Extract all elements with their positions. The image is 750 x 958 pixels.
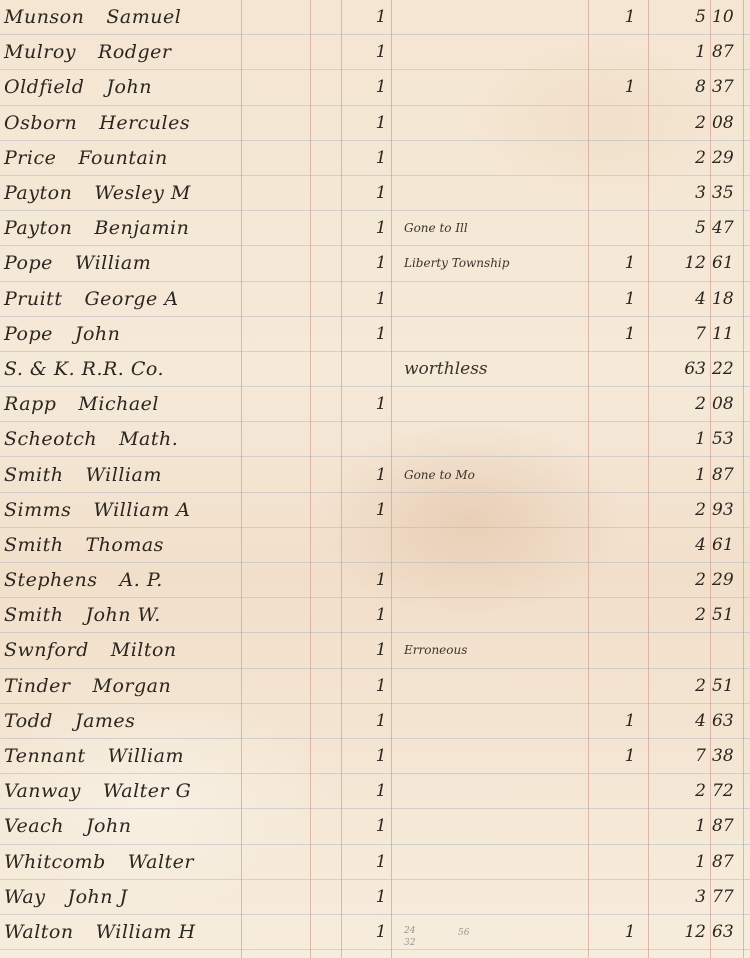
amount-dollars: 2 [650, 669, 706, 703]
second-check-mark [620, 352, 640, 386]
second-check-mark: 1 [620, 282, 640, 316]
surname: Smith [4, 464, 63, 486]
second-check-mark [620, 211, 640, 245]
amount-cents: 18 [712, 282, 742, 316]
ledger-row: Pruitt George A 1 1 4 18 [0, 282, 750, 317]
surname: Pope [4, 252, 53, 274]
check-mark: 1 [372, 106, 390, 140]
check-mark: 1 [372, 845, 390, 879]
given-name: Benjamin [94, 217, 189, 239]
amount-dollars: 1 [650, 457, 706, 491]
taxpayer-name: Tennant William [4, 739, 240, 773]
given-name: George A [84, 288, 178, 310]
amount-cents: 10 [712, 0, 742, 34]
given-name: Rodger [98, 41, 171, 63]
ledger-row: Scheotch Math. 1 53 [0, 422, 750, 457]
check-mark [372, 352, 390, 386]
surname: Tinder [4, 675, 70, 697]
ledger-row: Pope William 1 Liberty Township 1 12 61 [0, 246, 750, 281]
second-check-mark [620, 669, 640, 703]
ledger-row: Simms William A 1 2 93 [0, 493, 750, 528]
second-check-mark [620, 528, 640, 562]
pencil-note: 24 [404, 926, 415, 936]
given-name: Morgan [92, 675, 171, 697]
surname: Veach [4, 815, 64, 837]
surname: Payton [4, 217, 72, 239]
second-check-mark: 1 [620, 317, 640, 351]
amount-cents: 29 [712, 141, 742, 175]
second-check-mark [620, 774, 640, 808]
ledger-row: Vanway Walter G 1 2 72 [0, 774, 750, 809]
taxpayer-name: Smith William [4, 457, 240, 491]
amount-cents: 63 [712, 915, 742, 949]
amount-cents [712, 633, 742, 667]
surname: Stephens [4, 569, 98, 591]
check-mark: 1 [372, 141, 390, 175]
amount-dollars: 12 [650, 246, 706, 280]
check-mark: 1 [372, 915, 390, 949]
check-mark: 1 [372, 457, 390, 491]
ledger-row: Payton Wesley M 1 3 35 [0, 176, 750, 211]
given-name: John [75, 323, 121, 345]
amount-cents: 87 [712, 457, 742, 491]
remark [404, 845, 588, 879]
surname: Simms [4, 499, 71, 521]
second-check-mark [620, 387, 640, 421]
taxpayer-name: Munson Samuel [4, 0, 240, 34]
surname: Smith [4, 534, 63, 556]
surname: Todd [4, 710, 53, 732]
amount-dollars: 7 [650, 739, 706, 773]
amount-cents: 93 [712, 493, 742, 527]
second-check-mark [620, 457, 640, 491]
check-mark [372, 422, 390, 456]
remark: Gone to Ill [404, 211, 588, 245]
taxpayer-name: Pope William [4, 246, 240, 280]
surname: Mulroy [4, 41, 76, 63]
given-name: William [75, 252, 151, 274]
remark [404, 0, 588, 34]
remark [404, 528, 588, 562]
remark [404, 493, 588, 527]
given-name: A. P. [120, 569, 163, 591]
amount-cents: 87 [712, 845, 742, 879]
amount-dollars: 1 [650, 809, 706, 843]
surname: Oldfield [4, 76, 84, 98]
amount-cents: 61 [712, 246, 742, 280]
given-name: William [85, 464, 161, 486]
ledger-row: Stephens A. P. 1 2 29 [0, 563, 750, 598]
amount-dollars: 2 [650, 141, 706, 175]
second-check-mark [620, 845, 640, 879]
amount-cents: 35 [712, 176, 742, 210]
amount-cents: 53 [712, 422, 742, 456]
ledger-row: Smith William 1 Gone to Mo 1 87 [0, 457, 750, 492]
given-name: Thomas [85, 534, 163, 556]
taxpayer-name: Osborn Hercules [4, 106, 240, 140]
check-mark: 1 [372, 633, 390, 667]
surname: Payton [4, 182, 72, 204]
taxpayer-name: Todd James [4, 704, 240, 738]
given-name: John W. [85, 604, 160, 626]
remark: Liberty Township [404, 246, 588, 280]
check-mark [372, 528, 390, 562]
taxpayer-name: Price Fountain [4, 141, 240, 175]
remark [404, 774, 588, 808]
pencil-note: 32 [404, 938, 415, 948]
remark: Erroneous [404, 633, 588, 667]
amount-cents: 63 [712, 704, 742, 738]
amount-cents: 08 [712, 387, 742, 421]
ledger-row: Smith John W. 1 2 51 [0, 598, 750, 633]
ledger-row: Mulroy Rodger 1 1 87 [0, 35, 750, 70]
amount-cents: 08 [712, 106, 742, 140]
amount-cents: 51 [712, 669, 742, 703]
surname: Swnford [4, 639, 89, 661]
check-mark: 1 [372, 70, 390, 104]
check-mark: 1 [372, 774, 390, 808]
surname: Price [4, 147, 56, 169]
ledger-rows: Munson Samuel 1 1 5 10 Mulroy Rodger 1 1… [0, 0, 750, 950]
remark [404, 35, 588, 69]
ledger-row: Osborn Hercules 1 2 08 [0, 106, 750, 141]
taxpayer-name: S. & K. R.R. Co. [4, 352, 240, 386]
surname: Walton [4, 921, 74, 943]
ledger-row: Price Fountain 1 2 29 [0, 141, 750, 176]
check-mark: 1 [372, 0, 390, 34]
remark [404, 422, 588, 456]
amount-dollars: 2 [650, 563, 706, 597]
surname: Rapp [4, 393, 56, 415]
amount-cents: 87 [712, 809, 742, 843]
ledger-row: Walton William H 1 1 12 63 [0, 915, 750, 950]
amount-dollars [650, 633, 706, 667]
amount-dollars: 4 [650, 282, 706, 316]
surname: Pope [4, 323, 53, 345]
ledger-row: Tinder Morgan 1 2 51 [0, 669, 750, 704]
amount-dollars: 63 [650, 352, 706, 386]
surname: Scheotch [4, 428, 97, 450]
second-check-mark [620, 35, 640, 69]
pencil-note: 56 [458, 928, 469, 938]
taxpayer-name: Whitcomb Walter [4, 845, 240, 879]
ledger-row: Oldfield John 1 1 8 37 [0, 70, 750, 105]
second-check-mark: 1 [620, 70, 640, 104]
taxpayer-name: Pruitt George A [4, 282, 240, 316]
remark [404, 563, 588, 597]
taxpayer-name: Smith Thomas [4, 528, 240, 562]
ledger-row: Munson Samuel 1 1 5 10 [0, 0, 750, 35]
amount-cents: 47 [712, 211, 742, 245]
remark [404, 282, 588, 316]
amount-dollars: 2 [650, 387, 706, 421]
check-mark: 1 [372, 598, 390, 632]
taxpayer-name: Swnford Milton [4, 633, 240, 667]
check-mark: 1 [372, 563, 390, 597]
check-mark: 1 [372, 35, 390, 69]
given-name: Hercules [99, 112, 190, 134]
taxpayer-name: Pope John [4, 317, 240, 351]
given-name: Milton [111, 639, 177, 661]
remark [404, 317, 588, 351]
amount-cents: 22 [712, 352, 742, 386]
check-mark: 1 [372, 282, 390, 316]
check-mark: 1 [372, 317, 390, 351]
taxpayer-name: Stephens A. P. [4, 563, 240, 597]
second-check-mark [620, 880, 640, 914]
amount-dollars: 1 [650, 422, 706, 456]
surname: Whitcomb [4, 851, 106, 873]
remark [404, 880, 588, 914]
second-check-mark [620, 563, 640, 597]
taxpayer-name: Simms William A [4, 493, 240, 527]
given-name: Samuel [106, 6, 181, 28]
taxpayer-name: Rapp Michael [4, 387, 240, 421]
given-name: Walter [128, 851, 194, 873]
second-check-mark: 1 [620, 0, 640, 34]
remark [404, 176, 588, 210]
second-check-mark [620, 176, 640, 210]
second-check-mark: 1 [620, 915, 640, 949]
amount-cents: 77 [712, 880, 742, 914]
given-name: William H [96, 921, 196, 943]
taxpayer-name: Scheotch Math. [4, 422, 240, 456]
check-mark: 1 [372, 176, 390, 210]
remark [404, 809, 588, 843]
surname: Pruitt [4, 288, 62, 310]
given-name: William [108, 745, 184, 767]
check-mark: 1 [372, 211, 390, 245]
given-name: John J [67, 886, 127, 908]
remark [404, 669, 588, 703]
amount-cents: 51 [712, 598, 742, 632]
given-name: John [86, 815, 132, 837]
surname: Smith [4, 604, 63, 626]
ledger-row: Smith Thomas 4 61 [0, 528, 750, 563]
taxpayer-name: Payton Wesley M [4, 176, 240, 210]
taxpayer-name: Payton Benjamin [4, 211, 240, 245]
second-check-mark [620, 598, 640, 632]
taxpayer-name: Walton William H [4, 915, 240, 949]
check-mark: 1 [372, 246, 390, 280]
ledger-row: Payton Benjamin 1 Gone to Ill 5 47 [0, 211, 750, 246]
check-mark: 1 [372, 880, 390, 914]
check-mark: 1 [372, 704, 390, 738]
amount-dollars: 4 [650, 528, 706, 562]
taxpayer-name: Veach John [4, 809, 240, 843]
taxpayer-name: Vanway Walter G [4, 774, 240, 808]
given-name: Walter G [103, 780, 191, 802]
second-check-mark [620, 809, 640, 843]
second-check-mark [620, 106, 640, 140]
taxpayer-name: Mulroy Rodger [4, 35, 240, 69]
second-check-mark: 1 [620, 739, 640, 773]
remark [404, 106, 588, 140]
remark [404, 141, 588, 175]
given-name: Michael [78, 393, 159, 415]
amount-dollars: 4 [650, 704, 706, 738]
ledger-row: Pope John 1 1 7 11 [0, 317, 750, 352]
given-name: John [106, 76, 152, 98]
remark [404, 70, 588, 104]
surname: Osborn [4, 112, 77, 134]
given-name: Math. [119, 428, 178, 450]
check-mark: 1 [372, 493, 390, 527]
ledger-row: Rapp Michael 1 2 08 [0, 387, 750, 422]
amount-cents: 61 [712, 528, 742, 562]
taxpayer-name: Smith John W. [4, 598, 240, 632]
remark: worthless [404, 352, 588, 386]
amount-dollars: 2 [650, 493, 706, 527]
amount-cents: 29 [712, 563, 742, 597]
amount-cents: 72 [712, 774, 742, 808]
given-name: James [75, 710, 135, 732]
ledger-row: Tennant William 1 1 7 38 [0, 739, 750, 774]
second-check-mark [620, 422, 640, 456]
taxpayer-name: Tinder Morgan [4, 669, 240, 703]
remark [404, 598, 588, 632]
amount-dollars: 5 [650, 0, 706, 34]
surname: Vanway [4, 780, 81, 802]
taxpayer-name: Way John J [4, 880, 240, 914]
ledger-row: Veach John 1 1 87 [0, 809, 750, 844]
given-name: William A [93, 499, 190, 521]
amount-dollars: 8 [650, 70, 706, 104]
amount-dollars: 12 [650, 915, 706, 949]
ledger-row: Whitcomb Walter 1 1 87 [0, 845, 750, 880]
given-name: Fountain [78, 147, 167, 169]
ledger-row: S. & K. R.R. Co. worthless 63 22 [0, 352, 750, 387]
amount-dollars: 3 [650, 880, 706, 914]
amount-dollars: 3 [650, 176, 706, 210]
surname: Tennant [4, 745, 86, 767]
given-name: Wesley M [94, 182, 191, 204]
amount-cents: 38 [712, 739, 742, 773]
check-mark: 1 [372, 739, 390, 773]
check-mark: 1 [372, 387, 390, 421]
amount-cents: 11 [712, 317, 742, 351]
remark [404, 704, 588, 738]
check-mark: 1 [372, 669, 390, 703]
taxpayer-name: Oldfield John [4, 70, 240, 104]
second-check-mark: 1 [620, 704, 640, 738]
ledger-row: Way John J 1 3 77 [0, 880, 750, 915]
remark [404, 739, 588, 773]
second-check-mark [620, 493, 640, 527]
surname: S. & K. R.R. Co. [4, 358, 164, 380]
amount-cents: 37 [712, 70, 742, 104]
amount-dollars: 7 [650, 317, 706, 351]
amount-dollars: 2 [650, 598, 706, 632]
check-mark: 1 [372, 809, 390, 843]
amount-dollars: 1 [650, 35, 706, 69]
ledger-row: Swnford Milton 1 Erroneous [0, 633, 750, 668]
second-check-mark: 1 [620, 246, 640, 280]
second-check-mark [620, 633, 640, 667]
ledger-row: Todd James 1 1 4 63 [0, 704, 750, 739]
surname: Way [4, 886, 45, 908]
remark: Gone to Mo [404, 457, 588, 491]
amount-dollars: 2 [650, 774, 706, 808]
amount-dollars: 1 [650, 845, 706, 879]
remark [404, 915, 588, 949]
amount-dollars: 5 [650, 211, 706, 245]
surname: Munson [4, 6, 84, 28]
amount-dollars: 2 [650, 106, 706, 140]
remark [404, 387, 588, 421]
second-check-mark [620, 141, 640, 175]
amount-cents: 87 [712, 35, 742, 69]
